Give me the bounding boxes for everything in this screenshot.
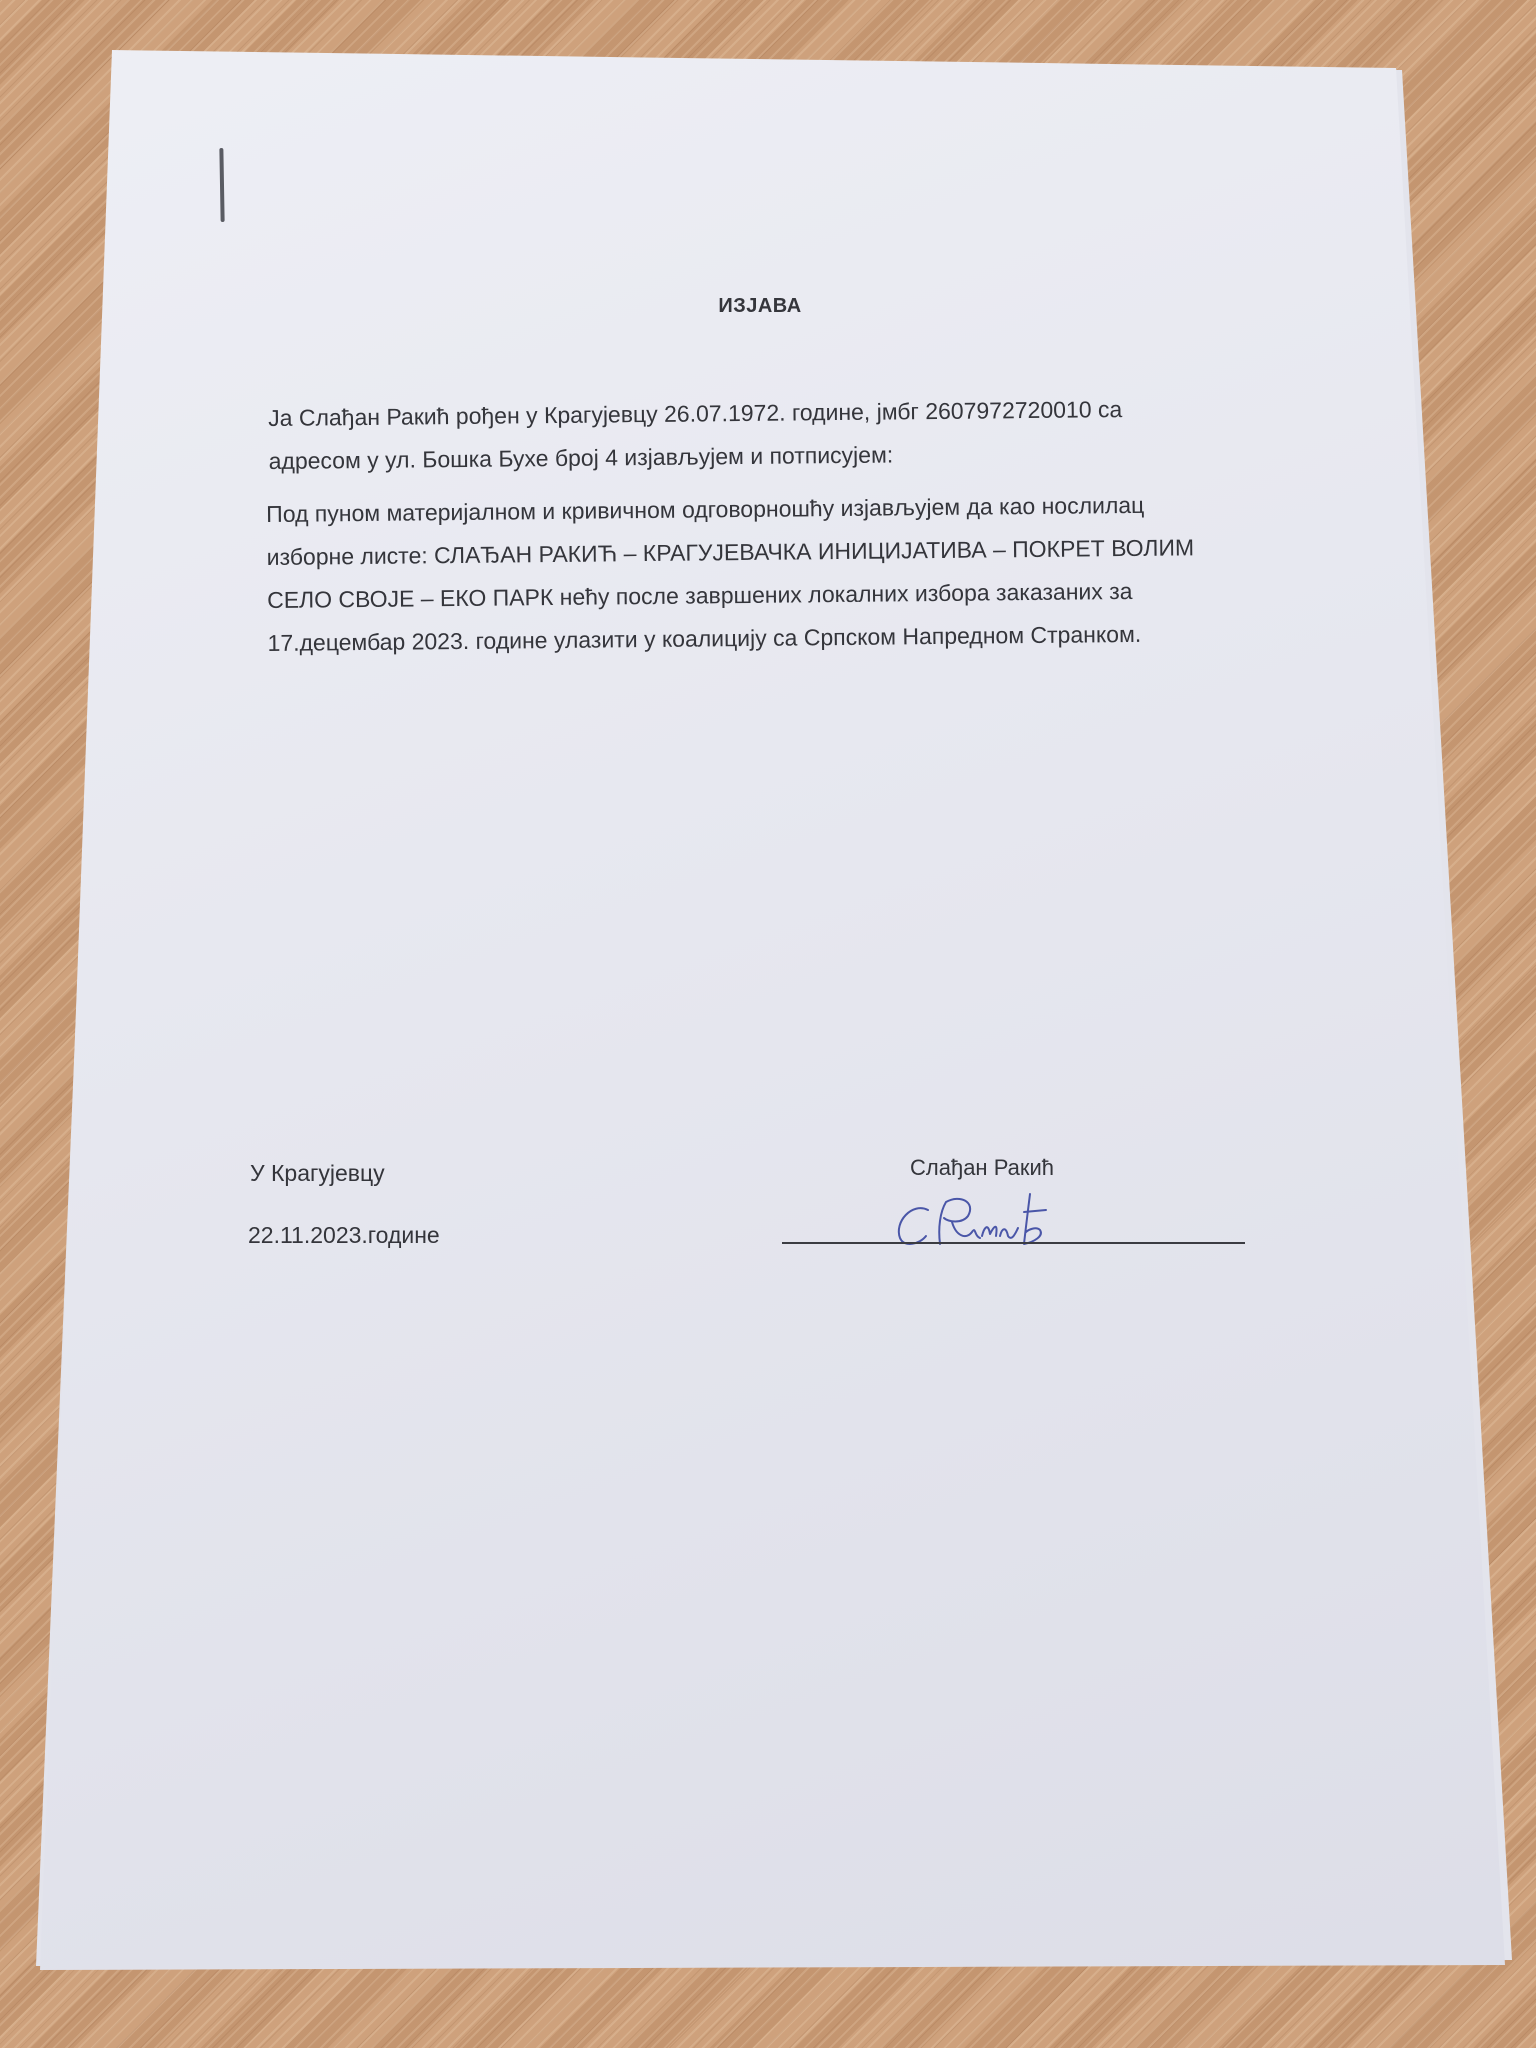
declaration-document: ИЗЈАВА Ја Слађан Ракић рођен у Крагујевц… — [0, 0, 1536, 2048]
date-label: 22.11.2023.године — [248, 1222, 440, 1249]
paragraph-line: Ја Слађан Ракић рођен у Крагујевцу 26.07… — [268, 388, 1122, 440]
paragraph-line: 17.децембар 2023. године улазити у коали… — [267, 612, 1195, 665]
signature-line — [782, 1242, 1245, 1244]
paragraph-line: адресом у ул. Бошка Бухе број 4 изјављуј… — [268, 431, 1122, 483]
declarant-paragraph: Ја Слађан Ракић рођен у Крагујевцу 26.07… — [268, 388, 1123, 483]
document-title: ИЗЈАВА — [680, 295, 840, 318]
statement-paragraph: Под пуном материјалном и кривичном одгов… — [266, 483, 1195, 665]
place-label: У Крагујевцу — [250, 1160, 385, 1187]
signer-name: Слађан Ракић — [910, 1155, 1054, 1181]
